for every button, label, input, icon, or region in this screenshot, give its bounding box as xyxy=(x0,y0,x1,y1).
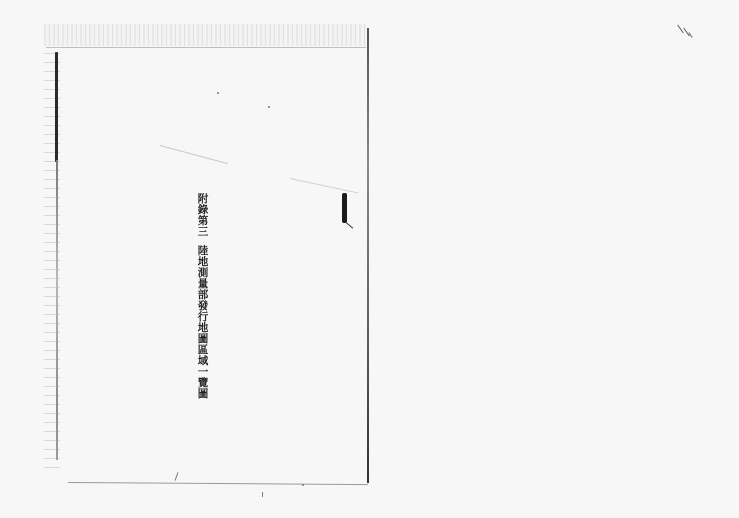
faint-crease-line xyxy=(160,145,228,164)
appendix-caption: 附錄第三陸地測量部發行地圖區域一覽圖 xyxy=(197,193,208,399)
corner-scan-marks xyxy=(678,24,694,42)
ink-mark xyxy=(342,193,347,223)
faint-crease-line xyxy=(290,178,359,194)
page-top-shading xyxy=(44,24,366,46)
speck xyxy=(302,484,304,486)
scanned-page: 附錄第三陸地測量部發行地圖區域一覽圖 xyxy=(0,0,739,518)
appendix-number: 附錄第三 xyxy=(197,193,209,237)
page-right-edge xyxy=(367,28,369,483)
speck xyxy=(268,106,270,108)
page-top-edge xyxy=(46,47,366,48)
speck xyxy=(262,492,263,497)
speck xyxy=(174,472,178,481)
page-left-edge xyxy=(56,160,58,460)
ink-mark-tail xyxy=(346,222,354,229)
page-bottom-edge xyxy=(68,482,368,485)
appendix-title: 陸地測量部發行地圖區域一覽圖 xyxy=(197,245,209,399)
speck xyxy=(217,92,219,94)
page-left-edge-dark xyxy=(55,52,58,162)
